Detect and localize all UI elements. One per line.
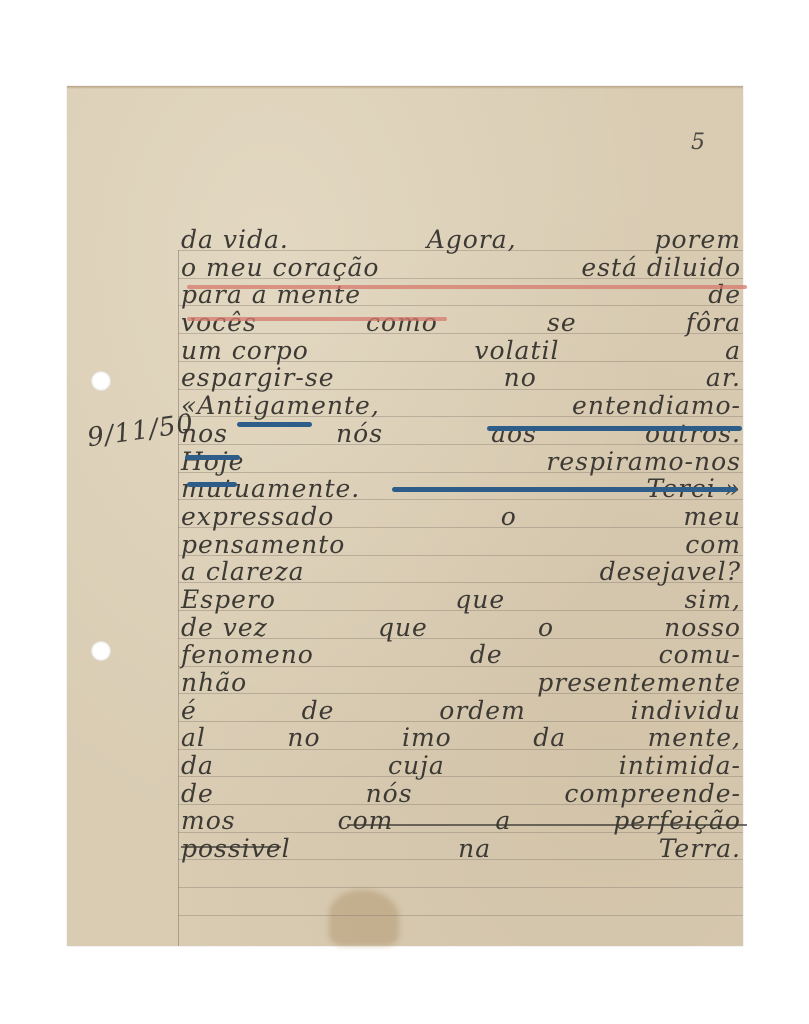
word: de xyxy=(470,641,503,669)
punch-hole-bottom xyxy=(91,641,111,661)
word: volatil xyxy=(474,337,559,365)
word: de vez xyxy=(181,614,268,642)
word: no xyxy=(504,364,537,392)
word: pensamento xyxy=(181,531,345,559)
word: nosso xyxy=(664,614,741,642)
page-number: 5 xyxy=(691,130,705,155)
text-line: o meu coraçãoestá diluido xyxy=(181,254,741,282)
word: entendiamo- xyxy=(572,392,741,420)
red-underline-line-2 xyxy=(187,285,747,289)
word: da vida. xyxy=(181,226,289,254)
text-line: moscomaperfeição xyxy=(181,807,741,835)
text-line: dacujaintimida- xyxy=(181,752,741,780)
word: presentemente xyxy=(537,669,741,697)
red-underline-line-3 xyxy=(187,317,447,321)
word: meu xyxy=(683,503,741,531)
word: que xyxy=(378,614,428,642)
word: espargir-se xyxy=(181,364,335,392)
blue-underline-nos xyxy=(185,455,240,460)
word: o xyxy=(538,614,554,642)
manuscript-page: 5 9/11/50 da vida.Agora,poremo meu coraç… xyxy=(67,86,743,946)
pencil-underline-compreendemos xyxy=(347,824,747,826)
word: intimida- xyxy=(619,752,741,780)
word: sim, xyxy=(685,586,741,614)
word: a xyxy=(495,807,511,835)
word: outros. xyxy=(645,420,741,448)
word: nós xyxy=(336,420,383,448)
word: ordem xyxy=(439,697,526,725)
word: na xyxy=(458,835,491,863)
word: com xyxy=(685,531,741,559)
text-line: Hojerespiramo-nos xyxy=(181,448,741,476)
word: de xyxy=(302,697,335,725)
word: aos xyxy=(491,420,537,448)
punch-hole-top xyxy=(91,371,111,391)
word: da xyxy=(181,752,214,780)
word: Hoje xyxy=(181,448,244,476)
handwritten-text: da vida.Agora,poremo meu coraçãoestá dil… xyxy=(181,226,741,863)
word: mutuamente. xyxy=(181,475,360,503)
word: al xyxy=(181,724,206,752)
word: possivel xyxy=(181,835,291,863)
word: imo xyxy=(402,724,452,752)
word: com xyxy=(338,807,394,835)
margin-line xyxy=(178,250,179,946)
ruled-line xyxy=(178,887,743,888)
text-line: um corpovolatila xyxy=(181,337,741,365)
blue-underline-respiramo-nos xyxy=(392,487,737,492)
text-line: de vezqueonosso xyxy=(181,614,741,642)
text-line: possivelnaTerra. xyxy=(181,835,741,863)
text-line: da vida.Agora,porem xyxy=(181,226,741,254)
word: como xyxy=(366,309,438,337)
word: a xyxy=(725,337,741,365)
word: da xyxy=(533,724,566,752)
word: «Antigamente, xyxy=(181,392,380,420)
text-line: vocêscomosefôra xyxy=(181,309,741,337)
word: nós xyxy=(366,780,413,808)
text-line: Esperoquesim, xyxy=(181,586,741,614)
word: de xyxy=(181,780,214,808)
word: se xyxy=(547,309,577,337)
word: compreende- xyxy=(564,780,741,808)
ruled-line xyxy=(178,915,743,916)
word: o xyxy=(501,503,517,531)
text-line: fenomenodecomu- xyxy=(181,641,741,669)
word: Agora, xyxy=(427,226,517,254)
word: individu xyxy=(631,697,741,725)
word: respiramo-nos xyxy=(546,448,741,476)
word: vocês xyxy=(181,309,257,337)
word: o meu coração xyxy=(181,254,379,282)
word: mos xyxy=(181,807,236,835)
word: desejavel? xyxy=(600,558,741,586)
word: expressado xyxy=(181,503,334,531)
word: que xyxy=(455,586,505,614)
word: fenomeno xyxy=(181,641,314,669)
word: no xyxy=(287,724,320,752)
text-line: a clarezadesejavel? xyxy=(181,558,741,586)
text-line: denóscompreende- xyxy=(181,780,741,808)
paper-edge xyxy=(67,86,743,89)
word: é xyxy=(181,697,197,725)
word: cuja xyxy=(388,752,445,780)
word: perfeição xyxy=(613,807,741,835)
text-line: «Antigamente,entendiamo- xyxy=(181,392,741,420)
text-line: édeordemindividu xyxy=(181,697,741,725)
pencil-underline-mos xyxy=(181,846,281,848)
word: comu- xyxy=(659,641,741,669)
word: está diluido xyxy=(581,254,741,282)
text-line: expressadoomeu xyxy=(181,503,741,531)
word: porem xyxy=(654,226,741,254)
blue-underline-hoje xyxy=(187,482,237,487)
word: fôra xyxy=(686,309,741,337)
word: a clareza xyxy=(181,558,305,586)
margin-date: 9/11/50 xyxy=(85,409,195,454)
paper-stain xyxy=(329,890,399,946)
word: nos xyxy=(181,420,228,448)
word: Espero xyxy=(181,586,276,614)
blue-underline-entendiamo xyxy=(487,426,742,431)
text-line: espargir-senoar. xyxy=(181,364,741,392)
word: ar. xyxy=(706,364,741,392)
blue-underline-antigamente xyxy=(237,422,312,427)
text-line: alnoimodamente, xyxy=(181,724,741,752)
text-line: pensamentocom xyxy=(181,531,741,559)
word: um corpo xyxy=(181,337,309,365)
text-line: nhãopresentemente xyxy=(181,669,741,697)
word: Terra. xyxy=(659,835,741,863)
word: mente, xyxy=(648,724,741,752)
word: nhão xyxy=(181,669,247,697)
